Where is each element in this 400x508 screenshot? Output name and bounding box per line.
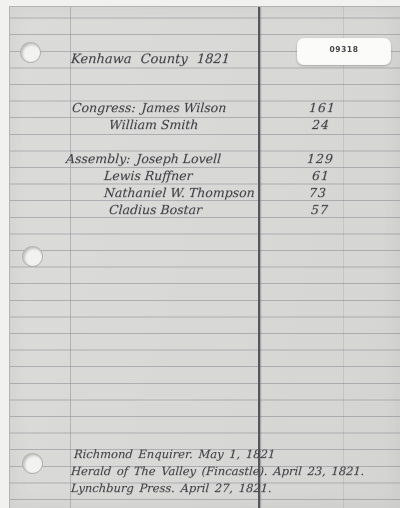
vote-count: 73	[309, 186, 328, 200]
ledger-page: 09318 Kenhawa County 1821 Congress:James…	[9, 6, 400, 508]
vote-count: 57	[311, 203, 330, 217]
county-title: Kenhawa County 1821	[71, 53, 231, 67]
candidate-name: Lewis Ruffner	[104, 168, 194, 183]
vote-count: 24	[312, 118, 331, 132]
vote-count: 129	[307, 152, 335, 166]
ruled-lines	[10, 6, 400, 508]
candidate-name: Joseph Lovell	[136, 151, 222, 166]
left-margin-line	[70, 7, 71, 508]
record-row: Lewis Ruffner	[104, 169, 194, 183]
candidate-name: Nathaniel W. Thompson	[104, 185, 256, 200]
vote-count: 61	[312, 169, 331, 183]
assembly-office-label: Assembly:	[66, 151, 131, 166]
candidate-name: Cladius Bostar	[109, 202, 203, 217]
hole-punch-bottom	[22, 453, 43, 474]
candidate-name: William Smith	[109, 117, 199, 132]
record-row: William Smith	[109, 118, 199, 132]
candidate-name: James Wilson	[141, 100, 227, 115]
congress-office-label: Congress:	[72, 100, 137, 115]
archive-label-sticker: 09318	[297, 38, 391, 65]
column-divider-line	[258, 7, 260, 508]
source-citation: Herald of The Valley (Fincastle). April …	[71, 464, 365, 478]
record-row: Cladius Bostar	[109, 203, 203, 217]
hole-punch-middle	[22, 246, 43, 267]
hole-punch-top	[20, 42, 41, 63]
record-row: Nathaniel W. Thompson	[104, 186, 256, 200]
archive-label-number: 09318	[329, 45, 358, 65]
scanned-document: 09318 Kenhawa County 1821 Congress:James…	[0, 0, 400, 508]
paper-crease-line	[343, 7, 344, 508]
source-citation: Richmond Enquirer. May 1, 1821	[74, 447, 276, 461]
record-row: Assembly:Joseph Lovell	[66, 152, 222, 166]
source-citation: Lynchburg Press. April 27, 1821.	[71, 481, 273, 495]
record-row: Congress:James Wilson	[72, 101, 227, 115]
vote-count: 161	[309, 101, 337, 115]
